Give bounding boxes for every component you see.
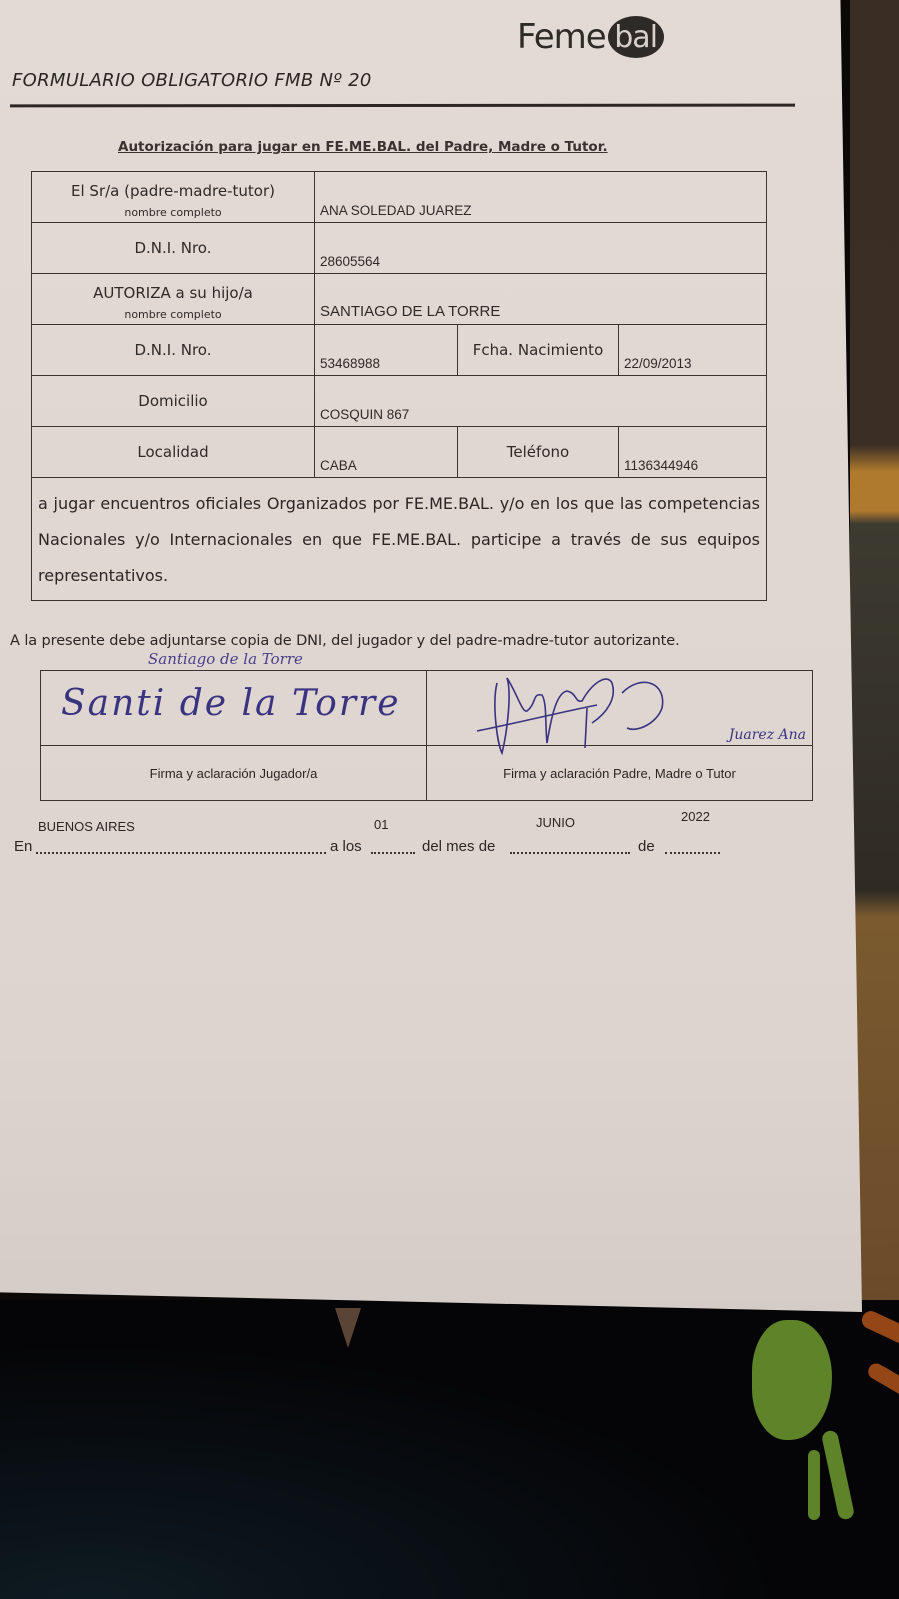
logo-text: Feme <box>517 17 606 57</box>
table-row: Domicilio COSQUIN 867 <box>32 376 767 427</box>
en-label: En <box>14 838 32 855</box>
day-field[interactable]: 01 <box>374 817 388 832</box>
year-field[interactable]: 2022 <box>681 809 710 824</box>
month-dotted-line <box>510 852 630 854</box>
guardian-label-cell: El Sr/a (padre-madre-tutor) nombre compl… <box>32 172 315 223</box>
guardian-dni-field[interactable]: 28605564 <box>315 223 767 274</box>
de-label: de <box>638 838 655 855</box>
authorization-table: El Sr/a (padre-madre-tutor) nombre compl… <box>31 171 767 601</box>
child-sublabel: nombre completo <box>32 308 314 321</box>
phone-field[interactable]: 1136344946 <box>619 427 767 478</box>
birth-date-label: Fcha. Nacimiento <box>458 325 619 376</box>
background-shape <box>335 1308 361 1348</box>
form-title: FORMULARIO OBLIGATORIO FMB Nº 20 <box>12 70 372 91</box>
table-row: D.N.I. Nro. 53468988 Fcha. Nacimiento 22… <box>32 325 767 376</box>
child-dni-label: D.N.I. Nro. <box>32 325 315 376</box>
child-label-cell: AUTORIZA a su hijo/a nombre completo <box>32 274 315 325</box>
form-paper: Femebal FORMULARIO OBLIGATORIO FMB Nº 20… <box>0 0 862 1312</box>
phone-label: Teléfono <box>458 427 619 478</box>
player-signature-label: Firma y aclaración Jugador/a <box>41 746 427 801</box>
city-dotted-line <box>36 852 326 854</box>
attachment-notice: A la presente debe adjuntarse copia de D… <box>10 633 680 649</box>
guardian-dni-label: D.N.I. Nro. <box>32 223 315 274</box>
table-row: D.N.I. Nro. 28605564 <box>32 223 767 274</box>
child-dni-field[interactable]: 53468988 <box>315 325 458 376</box>
signature-row: Santi de la Torre Juarez Ana <box>41 671 813 746</box>
guardian-name-field[interactable]: ANA SOLEDAD JUAREZ <box>315 172 767 223</box>
player-signature: Santi de la Torre <box>61 683 401 724</box>
guardian-sublabel: nombre completo <box>32 206 314 219</box>
place-date-line: En BUENOS AIRES a los 01 del mes de JUNI… <box>14 823 754 863</box>
player-signature-field[interactable]: Santi de la Torre <box>41 671 427 746</box>
day-dotted-line <box>371 852 415 854</box>
child-name-field[interactable]: SANTIAGO DE LA TORRE <box>315 274 767 325</box>
guardian-label: El Sr/a (padre-madre-tutor) <box>32 178 314 200</box>
child-label: AUTORIZA a su hijo/a <box>32 280 314 302</box>
table-row: Localidad CABA Teléfono 1136344946 <box>32 427 767 478</box>
year-dotted-line <box>665 852 720 854</box>
address-label: Domicilio <box>32 376 315 427</box>
locality-label: Localidad <box>32 427 315 478</box>
del-mes-de-label: del mes de <box>422 838 495 855</box>
player-handwritten-name: Santiago de la Torre <box>148 650 303 668</box>
locality-field[interactable]: CABA <box>315 427 458 478</box>
table-row: AUTORIZA a su hijo/a nombre completo SAN… <box>32 274 767 325</box>
city-field[interactable]: BUENOS AIRES <box>38 819 135 834</box>
parent-signature-label: Firma y aclaración Padre, Madre o Tutor <box>427 746 813 801</box>
signature-table: Santi de la Torre Juarez Ana Firma y acl… <box>40 670 813 801</box>
logo-ball-icon: bal <box>608 16 664 58</box>
birth-date-field[interactable]: 22/09/2013 <box>619 325 767 376</box>
femebal-logo: Femebal <box>517 14 664 60</box>
table-row: a jugar encuentros oficiales Organizados… <box>32 478 767 601</box>
background-green-shape <box>808 1450 820 1520</box>
a-los-label: a los <box>330 838 362 855</box>
authorization-statement: a jugar encuentros oficiales Organizados… <box>32 478 767 601</box>
parent-signature-field[interactable]: Juarez Ana <box>427 671 813 746</box>
address-field[interactable]: COSQUIN 867 <box>315 376 767 427</box>
title-divider <box>10 104 795 108</box>
month-field[interactable]: JUNIO <box>536 815 575 830</box>
table-row: El Sr/a (padre-madre-tutor) nombre compl… <box>32 172 767 223</box>
parent-signature-name: Juarez Ana <box>729 727 806 743</box>
form-subtitle: Autorización para jugar en FE.ME.BAL. de… <box>118 139 608 155</box>
signature-label-row: Firma y aclaración Jugador/a Firma y acl… <box>41 746 813 801</box>
